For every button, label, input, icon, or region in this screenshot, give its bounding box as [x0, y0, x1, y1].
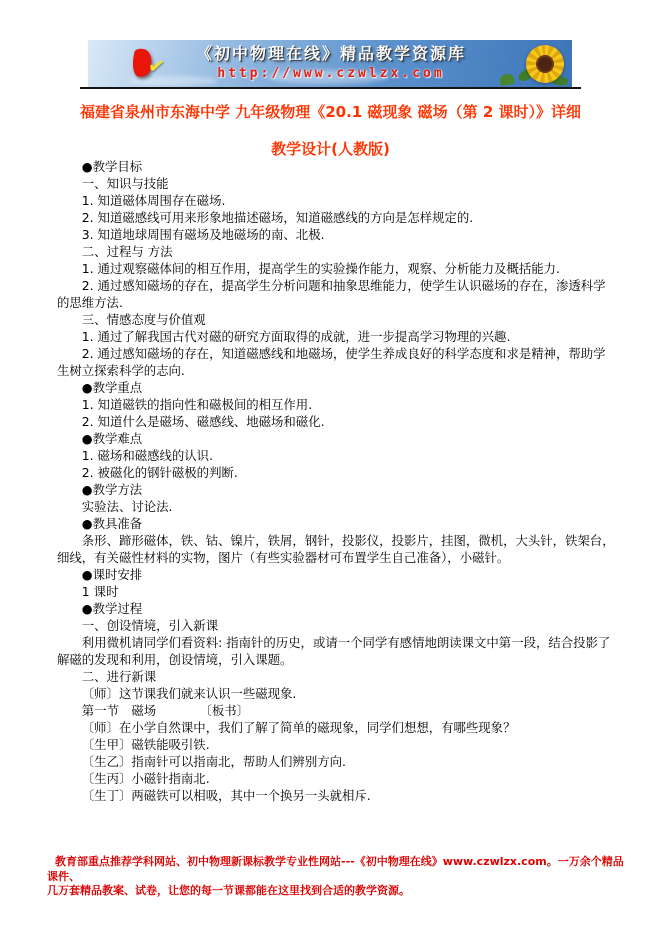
body-paragraph: 1 课时: [57, 583, 617, 600]
body-paragraph: ●教学重点: [57, 379, 617, 396]
body-paragraph: 1. 知道磁铁的指向性和磁极间的相互作用.: [57, 396, 617, 413]
grass-decoration: [499, 73, 515, 86]
body-paragraph: 〔生甲〕磁铁能吸引铁.: [57, 736, 617, 753]
body-paragraph: 一、知识与技能: [57, 175, 617, 192]
body-paragraph: 第一节 磁场 〔板书〕: [57, 702, 617, 719]
body-paragraph: 2. 知道什么是磁场、磁感线、地磁场和磁化.: [57, 413, 617, 430]
body-paragraph: 一、创设情境，引入新课: [57, 617, 617, 634]
body-paragraph: 1. 磁场和磁感线的认识.: [57, 447, 617, 464]
body-paragraph: ●教具准备: [57, 515, 617, 532]
sunflower-image: [526, 45, 564, 83]
body-paragraph: 1. 知道磁体周围存在磁场.: [57, 192, 617, 209]
body-paragraph: 二、进行新课: [57, 668, 617, 685]
body-paragraph: 3. 知道地球周围有磁场及地磁场的南、北极.: [57, 226, 617, 243]
site-logo-icon: ✔: [128, 46, 174, 84]
footer-line: 教育部重点推荐学科网站、初中物理新课标教学专业性网站---《初中物理在线》www…: [47, 855, 625, 884]
body-paragraph: ●教学目标: [57, 158, 617, 175]
body-paragraph: 2. 通过感知磁场的存在，知道磁感线和地磁场，使学生养成良好的科学态度和求是精神…: [57, 345, 617, 379]
body-paragraph: 2. 通过感知磁场的存在，提高学生分析问题和抽象思维能力，使学生认识磁场的存在，…: [57, 277, 617, 311]
document-footer: 教育部重点推荐学科网站、初中物理新课标教学专业性网站---《初中物理在线》www…: [47, 855, 625, 899]
body-paragraph: 二、过程与 方法: [57, 243, 617, 260]
body-paragraph: 利用微机请同学们看资料: 指南针的历史，或请一个同学有感情地朗读课文中第一段，结…: [57, 634, 617, 668]
body-paragraph: 〔师〕在小学自然课中，我们了解了简单的磁现象，同学们想想，有哪些现象？: [57, 719, 617, 736]
banner-site-url[interactable]: http://www.czwlzx.com: [178, 65, 484, 83]
body-paragraph: ●教学难点: [57, 430, 617, 447]
body-paragraph: 〔生丁〕两磁铁可以相吸，其中一个换另一头就相斥.: [57, 787, 617, 804]
body-paragraph: 条形、蹄形磁体，铁、钴、镍片，铁屑，钢针，投影仪，投影片，挂图，微机，大头针，铁…: [57, 532, 617, 566]
banner-site-title: 《初中物理在线》精品教学资源库: [178, 43, 484, 65]
body-paragraph: ●课时安排: [57, 566, 617, 583]
banner-text-block: 《初中物理在线》精品教学资源库 http://www.czwlzx.com: [178, 43, 484, 83]
document-title-line1: 福建省泉州市东海中学 九年级物理《20.1 磁现象 磁场（第 2 课时）》详细: [30, 94, 631, 131]
site-banner: ✔ 《初中物理在线》精品教学资源库 http://www.czwlzx.com: [88, 40, 572, 87]
body-paragraph: 2. 知道磁感线可用来形象地描述磁场，知道磁感线的方向是怎样规定的.: [57, 209, 617, 226]
body-paragraph: 1. 通过了解我国古代对磁的研究方面取得的成就，进一步提高学习物理的兴趣.: [57, 328, 617, 345]
body-paragraph: 〔师〕这节课我们就来认识一些磁现象.: [57, 685, 617, 702]
document-page: ✔ 《初中物理在线》精品教学资源库 http://www.czwlzx.com …: [0, 0, 661, 936]
body-paragraph: 三、情感态度与价值观: [57, 311, 617, 328]
body-paragraph: 〔生乙〕指南针可以指南北，帮助人们辨别方向.: [57, 753, 617, 770]
body-paragraph: 2. 被磁化的钢针磁极的判断.: [57, 464, 617, 481]
body-paragraph: 1. 通过观察磁体间的相互作用，提高学生的实验操作能力，观察、分析能力及概括能力…: [57, 260, 617, 277]
body-paragraph: ●教学过程: [57, 600, 617, 617]
document-title: 福建省泉州市东海中学 九年级物理《20.1 磁现象 磁场（第 2 课时）》详细 …: [30, 94, 631, 168]
site-banner-wrap: ✔ 《初中物理在线》精品教学资源库 http://www.czwlzx.com: [80, 40, 581, 89]
body-paragraph: 〔生丙〕小磁针指南北.: [57, 770, 617, 787]
footer-line: 几万套精品教案、试卷，让您的每一节课都能在这里找到合适的教学资源。: [47, 884, 625, 899]
body-paragraph: ●教学方法: [57, 481, 617, 498]
document-body: ●教学目标 一、知识与技能 1. 知道磁体周围存在磁场. 2. 知道磁感线可用来…: [57, 158, 617, 804]
check-icon: ✔: [146, 53, 166, 79]
body-paragraph: 实验法、讨论法.: [57, 498, 617, 515]
